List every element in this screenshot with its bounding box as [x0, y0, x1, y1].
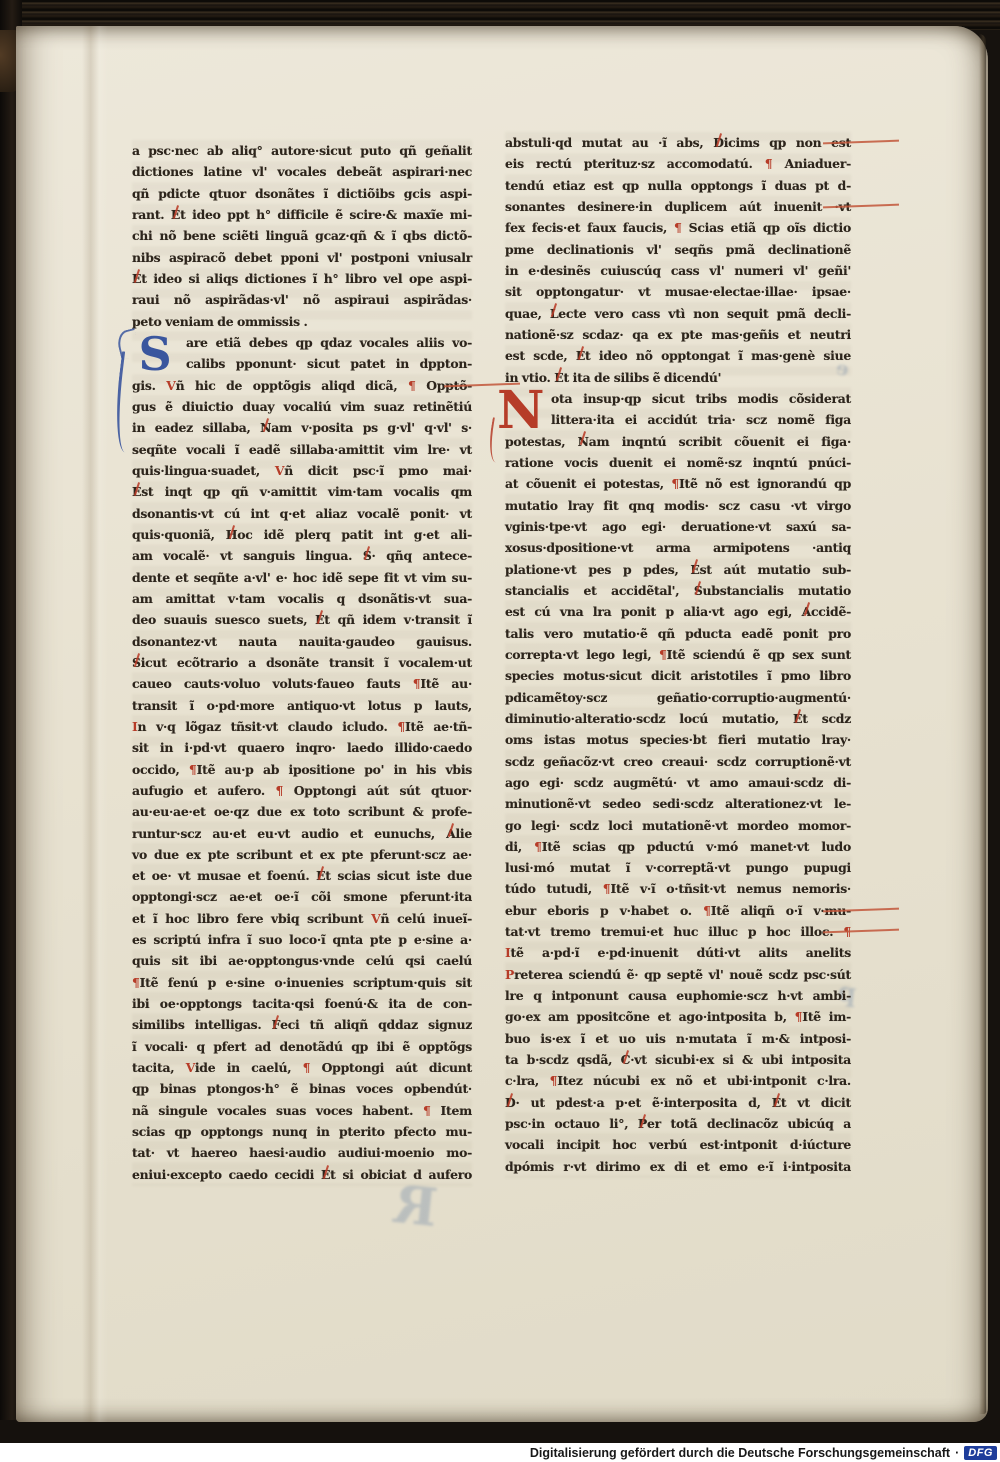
manuscript-text-line: est scde, Et ideo nõ opptongat ĩ mas·gen… [505, 345, 851, 366]
manuscript-text-line: mutatio lray fit qnq modis· scz casu ·vt… [505, 495, 851, 516]
manuscript-text-line: es scriptú infra ĩ suo loco·ĩ qnta pte p… [132, 929, 472, 950]
manuscript-text-line: runtur·scz au·et eu·vt audio et eunuchs,… [132, 823, 472, 844]
manuscript-text-line: raui nõ aspirãdas·vl' nõ aspiraui aspirã… [132, 289, 472, 310]
manuscript-text-line: rant. Et ideo ppt h° difficile ẽ scire·&… [132, 204, 472, 225]
manuscript-text-line: am amittat v·tam vocalis q dsonãtis·vt s… [132, 588, 472, 609]
manuscript-text-line: fex fecis·et faux faucis, ¶ Scias etiã q… [505, 217, 851, 238]
manuscript-text-line: quis·lingua·suadet, Vñ dicit psc·ĩ pmo m… [132, 460, 472, 481]
manuscript-text-line: Est inqt qp qñ v·amittit vim·tam vocalis… [132, 481, 472, 502]
manuscript-text-line: qñ pdicte qtuor dsonãtes ĩ dictiõibs gci… [132, 183, 472, 204]
manuscript-text-line: dente et seqñte a·vl' e· hoc idẽ sepe fi… [132, 567, 472, 588]
manuscript-text-line: a psc·nec ab aliq° autore·sicut puto qñ … [132, 140, 472, 161]
manuscript-text-line: ago egi· scdz augmẽtú· vt amo amaui·scdz… [505, 772, 851, 793]
manuscript-text-line: vginis·tpe·vt ago egi· deruatione·vt sax… [505, 516, 851, 537]
manuscript-text-line: diminutio·alteratio·scdz locú mutatio, E… [505, 708, 851, 729]
manuscript-text-line: nibs aspiracõ debet pponi vl' postponi v… [132, 247, 472, 268]
text-column-right: abstuli·qd mutat au ·ĩ abs, Dicims qp no… [505, 132, 851, 1177]
manuscript-text-line: ratione vocis duenit ei nomẽ·sz inqntú p… [505, 452, 851, 473]
manuscript-text-line: ta b·scdz qsdã, C·vt sicubi·ex si & ubi … [505, 1049, 851, 1070]
manuscript-text-line: correpta·vt lego legi, ¶Itẽ sciendú ẽ qp… [505, 644, 851, 665]
manuscript-text-line: Sicut ecõtrario a dsonãte transit ĩ voca… [132, 652, 472, 673]
manuscript-text-line: quae, Lecte vero cass vtì non sequit pmã… [505, 303, 851, 324]
manuscript-text-line: Et ideo si aliqs dictiones ĩ h° libro ve… [132, 268, 472, 289]
manuscript-text-line: nationẽ·sz scdaz· qa ex pte mas·geñis et… [505, 324, 851, 345]
manuscript-text-line: psc·in octauo li°, Per totã declinacõz u… [505, 1113, 851, 1134]
manuscript-text-line: eniui·excepto caedo cecidi Et si obiciat… [132, 1164, 472, 1185]
manuscript-text-line: quis sit ibi ae·opptongus·vnde celú qsi … [132, 950, 472, 971]
manuscript-text-line: eis rectú pterituz·sz accomodatú. ¶ Ania… [505, 153, 851, 174]
manuscript-text-line: vo due ex pte scribunt et ex pte pferunt… [132, 844, 472, 865]
manuscript-text-line: lre q intponunt causa euphomie·scz h·vt … [505, 985, 851, 1006]
manuscript-text-line: et ĩ hoc libro fere vbiq scribunt Vñ cel… [132, 908, 472, 929]
text-column-left: a psc·nec ab aliq° autore·sicut puto qñ … [132, 140, 472, 1185]
manuscript-text-line: species motus·sicut dicit aristotiles ĩ … [505, 665, 851, 686]
manuscript-text-line: in eadez sillaba, Nam v·posita ps g·vl' … [132, 417, 472, 438]
manuscript-text-line: littera·ita ei accidút tria· scz nomẽ fi… [505, 409, 851, 430]
manuscript-text-line: transit ĩ o·pd·more antiquo·vt lotus p l… [132, 695, 472, 716]
manuscript-text-line: go·ex am ppositcõne et ago·intposita b, … [505, 1006, 851, 1027]
manuscript-text-line: dpómis r·vt dirimo ex di et emo e·ĩ i·in… [505, 1156, 851, 1177]
manuscript-text-line: are etiã debes qp qdaz vocales aliis vo- [132, 332, 472, 353]
manuscript-text-line: sit opptongatur· vt musae·electae·illae·… [505, 281, 851, 302]
manuscript-text-line: xosus·dpositione·vt arma armipotens ·ant… [505, 537, 851, 558]
manuscript-text-line: scias qp opptongs nunq in pterito pfecto… [132, 1121, 472, 1142]
manuscript-text-line: ĩ vocali· q pfert ad denotãdú qp ibi ẽ o… [132, 1036, 472, 1057]
manuscript-text-line: quis·quoniã, Hoc idẽ plerq patit int g·e… [132, 524, 472, 545]
manuscript-text-line: est cú vna lra ponit p alia·vt ago egi, … [505, 601, 851, 622]
manuscript-text-line: et oe· vt musae et foenú. Et scias sicut… [132, 865, 472, 886]
manuscript-text-line: go legi· scdz loci mutationẽ·vt mordeo m… [505, 815, 851, 836]
manuscript-text-line: ebur eboris p v·habet o. ¶Itẽ aliqñ o·ĩ … [505, 900, 851, 921]
manuscript-text-line: pme declinationis vl' seqñs pmã declinat… [505, 239, 851, 260]
manuscript-text-line: gus ẽ diuictio duay vocaliú vim suaz ret… [132, 396, 472, 417]
manuscript-text-line: Itẽ a·pd·ĩ e·pd·inuenit dúti·vt alits an… [505, 942, 851, 963]
dfg-logo: DFG [964, 1446, 997, 1460]
manuscript-text-line: dsonantez·vt nauta nauita·gaudeo gauisus… [132, 631, 472, 652]
manuscript-text-line: túdo tutudi, ¶Itẽ v·ĩ o·tñsit·vt nemus n… [505, 878, 851, 899]
footer-credit-bar: Digitalisierung gefördert durch die Deut… [0, 1443, 1000, 1462]
manuscript-text-line: pdicamẽtoy·scz geñatio·corruptio·augment… [505, 687, 851, 708]
manuscript-text-line: similibs intelligas. Feci tñ aliqñ qddaz… [132, 1014, 472, 1035]
page-edge-right [979, 34, 986, 1414]
manuscript-text-line: tendú etiaz est qp nulla opptongs ĩ duas… [505, 175, 851, 196]
manuscript-text-line: lusi·mó mutat ĩ v·correptã·vt pungo pupu… [505, 857, 851, 878]
manuscript-text-line: gis. Vñ hic de opptõgis aliqd dicã, ¶ Op… [132, 375, 472, 396]
manuscript-text-line: vocali incipit hoc verbú est·intponit d·… [505, 1134, 851, 1155]
manuscript-text-line: ¶Itẽ fenú p e·sine o·inuenies scriptum·q… [132, 972, 472, 993]
manuscript-text-line: at cõuenit ei potestas, ¶Itẽ nõ est igno… [505, 473, 851, 494]
manuscript-text-line: D· ut pdest·a p·et ẽ·interposita d, Et v… [505, 1092, 851, 1113]
manuscript-text-line: ibi oe·opptongs tacita·qsi foenú·& ita d… [132, 993, 472, 1014]
manuscript-text-line: nã singule vocales suas voces habent. ¶ … [132, 1100, 472, 1121]
manuscript-text-line: in e·desinẽs cuiuscúq cass vl' numeri vl… [505, 260, 851, 281]
manuscript-text-line: oms istas motus species·bt fieri mutatio… [505, 729, 851, 750]
manuscript-text-line: occido, ¶Itẽ au·p ab ipositione po' in h… [132, 759, 472, 780]
manuscript-text-line: buo is·ex ĩ et uo uis n·mutata ĩ m·& int… [505, 1028, 851, 1049]
manuscript-text-line: di, ¶Itẽ scias qp pductú v·mó manet·vt l… [505, 836, 851, 857]
manuscript-text-line: caueo cauts·voluo voluts·faueo fauts ¶It… [132, 673, 472, 694]
parchment-crease [82, 26, 108, 1422]
manuscript-text-line: abstuli·qd mutat au ·ĩ abs, Dicims qp no… [505, 132, 851, 153]
manuscript-text-line: am vocalẽ· vt sanguis lingua. S· qñq ant… [132, 545, 472, 566]
manuscript-text-line: c·lra, ¶Itez núcubi ex nõ et ubi·intponi… [505, 1070, 851, 1091]
manuscript-text-line: deo suauis suesco suets, Et qñ idem v·tr… [132, 609, 472, 630]
manuscript-text-line: tacita, Vide in caelú, ¶ Opptongi aút di… [132, 1057, 472, 1078]
footer-separator: · [955, 1446, 959, 1460]
manuscript-text-line: Preterea sciendú ẽ· qp septẽ vl' nouẽ sc… [505, 964, 851, 985]
manuscript-text-line: au·eu·ae·et oe·qz due ex toto scribunt &… [132, 801, 472, 822]
manuscript-text-line: sonantes desinere·in duplicem aút inueni… [505, 196, 851, 217]
manuscript-page: R p e a psc·nec ab aliq° autore·sicut pu… [16, 26, 988, 1422]
manuscript-text-line: dsonantis·vt cú int q·et aliaz vocalẽ po… [132, 503, 472, 524]
manuscript-text-line: potestas, Nam inqntú scribit cõuenit ei … [505, 431, 851, 452]
manuscript-text-line: tat· vt haereo haesi·audio audiui·moenio… [132, 1142, 472, 1163]
manuscript-text-line: in vtio. Et ita de silibs ẽ dicendú' [505, 367, 851, 388]
manuscript-text-line: minutionẽ·vt sedeo sedi·scdz alteratione… [505, 793, 851, 814]
manuscript-text-line: qp binas ptongos·h° ẽ binas voces opbend… [132, 1078, 472, 1099]
manuscript-text-line: opptongi·scz ae·et oe·ĩ cõi smone pferun… [132, 886, 472, 907]
manuscript-text-line: chi nõ bene sciẽti linguã gcaz·qñ & ĩ qb… [132, 225, 472, 246]
manuscript-text-line: sit in i·pd·vt quaero inqro· laedo illid… [132, 737, 472, 758]
manuscript-text-line: platione·vt pes p pdes, Est aút mutatio … [505, 559, 851, 580]
manuscript-text-line: ota insup·qp sicut tribs modis cõsiderat [505, 388, 851, 409]
manuscript-text-line: seqñte vocali ĩ eadẽ sillaba·amittit vim… [132, 439, 472, 460]
manuscript-text-line: talis vero mutatio·ẽ qñ pducta eadẽ poni… [505, 623, 851, 644]
manuscript-text-line: peto veniam de ommissis . [132, 311, 472, 332]
manuscript-text-line: In v·q lõgaz tñsit·vt claudo icludo. ¶It… [132, 716, 472, 737]
manuscript-text-line: calibs pponunt· sicut patet in dppton- [132, 353, 472, 374]
footer-credit-text: Digitalisierung gefördert durch die Deut… [530, 1446, 950, 1460]
manuscript-text-line: stancialis et accidẽtal', Substancialis … [505, 580, 851, 601]
manuscript-text-line: tat·vt tremo tremui·et huc illuc p hoc i… [505, 921, 851, 942]
manuscript-text-line: dictiones latine vl' vocales debeãt aspi… [132, 161, 472, 182]
manuscript-text-line: aufugio et aufero. ¶ Opptongi aút sút qt… [132, 780, 472, 801]
background-band [0, 1420, 1000, 1443]
manuscript-text-line: scdz geñacõz·vt creo creaui· scdz corrup… [505, 751, 851, 772]
